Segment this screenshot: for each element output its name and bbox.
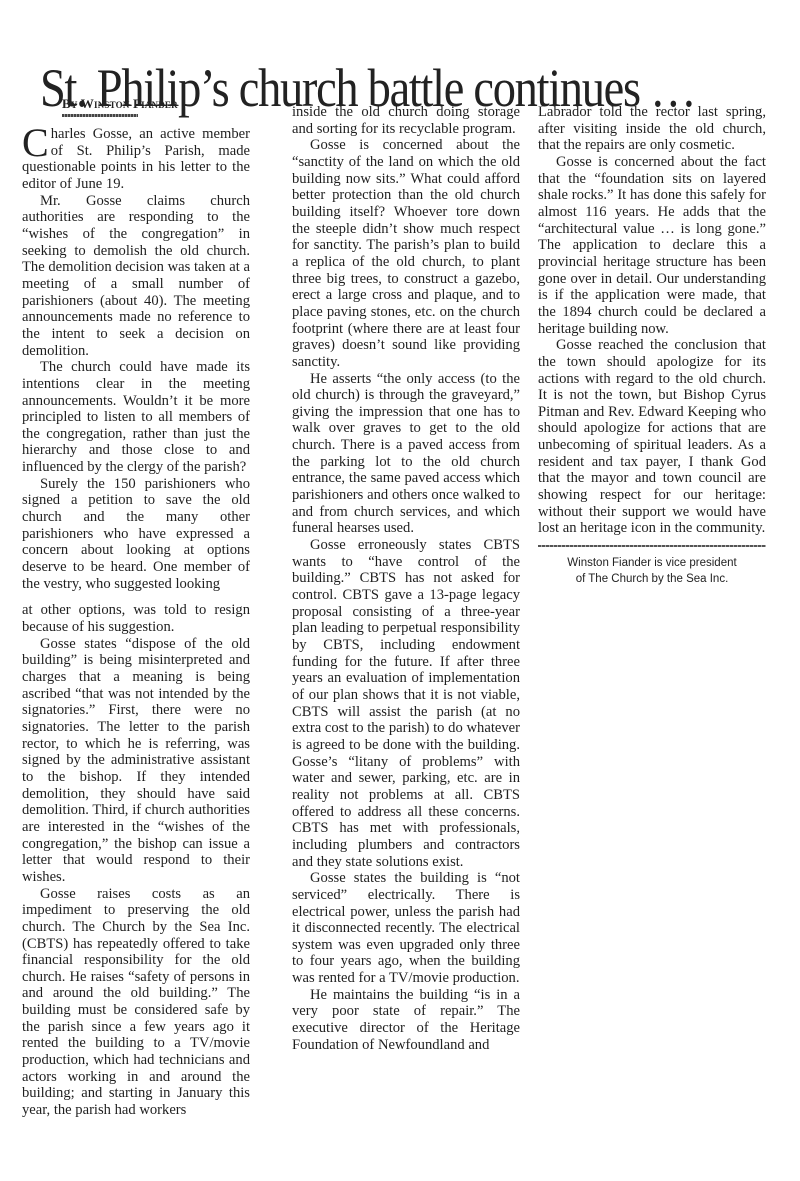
paragraph: Gosse states “dispose of the old buildin… (22, 636, 250, 886)
author-note-rule (538, 545, 766, 547)
column-gap (22, 592, 250, 602)
paragraph: Gosse reached the conclusion that the to… (538, 337, 766, 537)
article-column-1: Charles Gosse, an active member of St. P… (22, 126, 250, 1119)
paragraph: Gosse states the building is “not servic… (292, 870, 520, 987)
paragraph: Surely the 150 parishioners who signed a… (22, 476, 250, 593)
paragraph: Mr. Gosse claims church authorities are … (22, 193, 250, 360)
paragraph: Labrador told the rector last spring, af… (538, 104, 766, 154)
author-note-line: of The Church by the Sea Inc. (538, 571, 766, 587)
byline: By Winston Fiander (62, 96, 178, 112)
paragraph: Gosse is concerned about the fact that t… (538, 154, 766, 337)
paragraph: inside the old church doing storage and … (292, 104, 520, 137)
paragraph: He asserts “the only access (to the old … (292, 371, 520, 538)
paragraph: The church could have made its intention… (22, 359, 250, 476)
paragraph: Gosse is concerned about the “sanctity o… (292, 137, 520, 370)
article-column-3: Labrador told the rector last spring, af… (538, 104, 766, 587)
paragraph: Charles Gosse, an active member of St. P… (22, 126, 250, 193)
article-column-2: inside the old church doing storage and … (292, 104, 520, 1053)
paragraph: Gosse raises costs as an impediment to p… (22, 886, 250, 1119)
author-note: Winston Fiander is vice president of The… (538, 555, 766, 587)
author-note-line: Winston Fiander is vice president (538, 555, 766, 571)
byline-rule (62, 114, 138, 117)
paragraph: He maintains the building “is in a very … (292, 987, 520, 1054)
drop-cap: C (22, 127, 49, 159)
paragraph: Gosse erroneously states CBTS wants to “… (292, 537, 520, 870)
paragraph: at other options, was told to resign bec… (22, 602, 250, 635)
